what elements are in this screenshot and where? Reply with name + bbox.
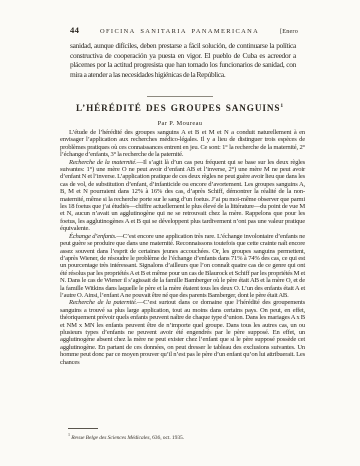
footnote: 1 Revue Belge des Sciences Médicales, 63…	[68, 428, 306, 440]
footnote-reference-mark: 1	[280, 103, 284, 109]
paragraph-text: —C’est surtout dans ce domaine que l’hér…	[60, 299, 305, 365]
paragraph-lead: Échange d’enfants.	[69, 233, 116, 240]
paragraph-echange-enfants: Échange d’enfants.—C’est encore une appl…	[60, 233, 305, 300]
paragraph-text: —Il s’agit là d’un cas peu fréquent qui …	[60, 159, 305, 233]
paragraph-text: L’étude de l’hérédité des groupes sangui…	[60, 129, 305, 158]
journal-title: OFICINA SANITARIA PANAMERICANA	[79, 28, 280, 35]
page-number: 44	[70, 25, 79, 35]
footnote-mark: 1	[68, 432, 70, 437]
article-body: L’étude de l’hérédité des groupes sangui…	[60, 129, 305, 366]
section-divider	[147, 96, 213, 97]
footnote-text: 1 Revue Belge des Sciences Médicales, 63…	[68, 432, 306, 441]
footnote-rule	[68, 428, 98, 429]
paragraph-recherche-paternite: Recherche de la paternité.—C’est surtout…	[60, 299, 305, 366]
running-header: 44 OFICINA SANITARIA PANAMERICANA [Enero	[70, 25, 298, 35]
article-title: L’HÉRÉDITÉ DES GROUPES SANGUINS1	[0, 103, 360, 113]
byline: Par P. Moureau	[0, 120, 360, 127]
footnote-source: Revue Belge des Sciences Médicales	[71, 434, 149, 440]
journal-page: 44 OFICINA SANITARIA PANAMERICANA [Enero…	[0, 0, 360, 466]
continuation-paragraph: sanidad, aunque difíciles, deben prestar…	[70, 41, 296, 80]
paragraph-introduction: L’étude de l’hérédité des groupes sangui…	[60, 129, 305, 159]
issue-label: [Enero	[280, 28, 298, 35]
footnote-detail: , 636, oct. 1935.	[150, 434, 185, 440]
article-title-text: L’HÉRÉDITÉ DES GROUPES SANGUINS	[76, 103, 280, 113]
paragraph-text: —C’est encore une application très rare.…	[60, 233, 305, 299]
paragraph-recherche-maternite: Recherche de la maternité.—Il s’agit là …	[60, 159, 305, 233]
paragraph-lead: Recherche de la maternité.	[69, 159, 137, 166]
paragraph-lead: Recherche de la paternité.	[69, 299, 137, 306]
